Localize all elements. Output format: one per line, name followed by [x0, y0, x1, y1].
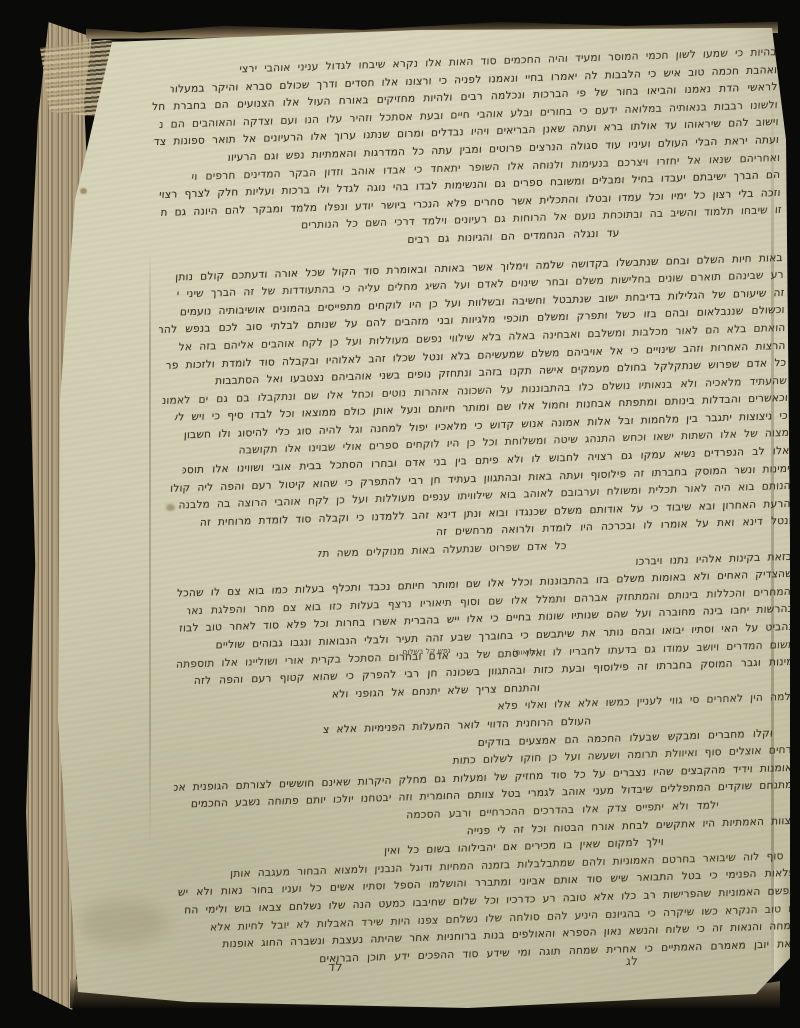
quire-mark: לג [625, 954, 638, 968]
text-block: (צוואות) נפש קל בשלום בהיות כי שמעו לשון… [150, 44, 800, 973]
smudge-stain [78, 900, 168, 946]
left-crease [149, 250, 151, 850]
catchword: לד [327, 960, 343, 975]
ink-stain [80, 188, 87, 194]
manuscript-page: 17 (צוואות) נפש קל בשלום בהיות כי שמעו ל… [38, 20, 793, 1012]
scanned-manuscript-screenshot: { "colors": { "background": "#0a0a08", "… [0, 0, 800, 1028]
